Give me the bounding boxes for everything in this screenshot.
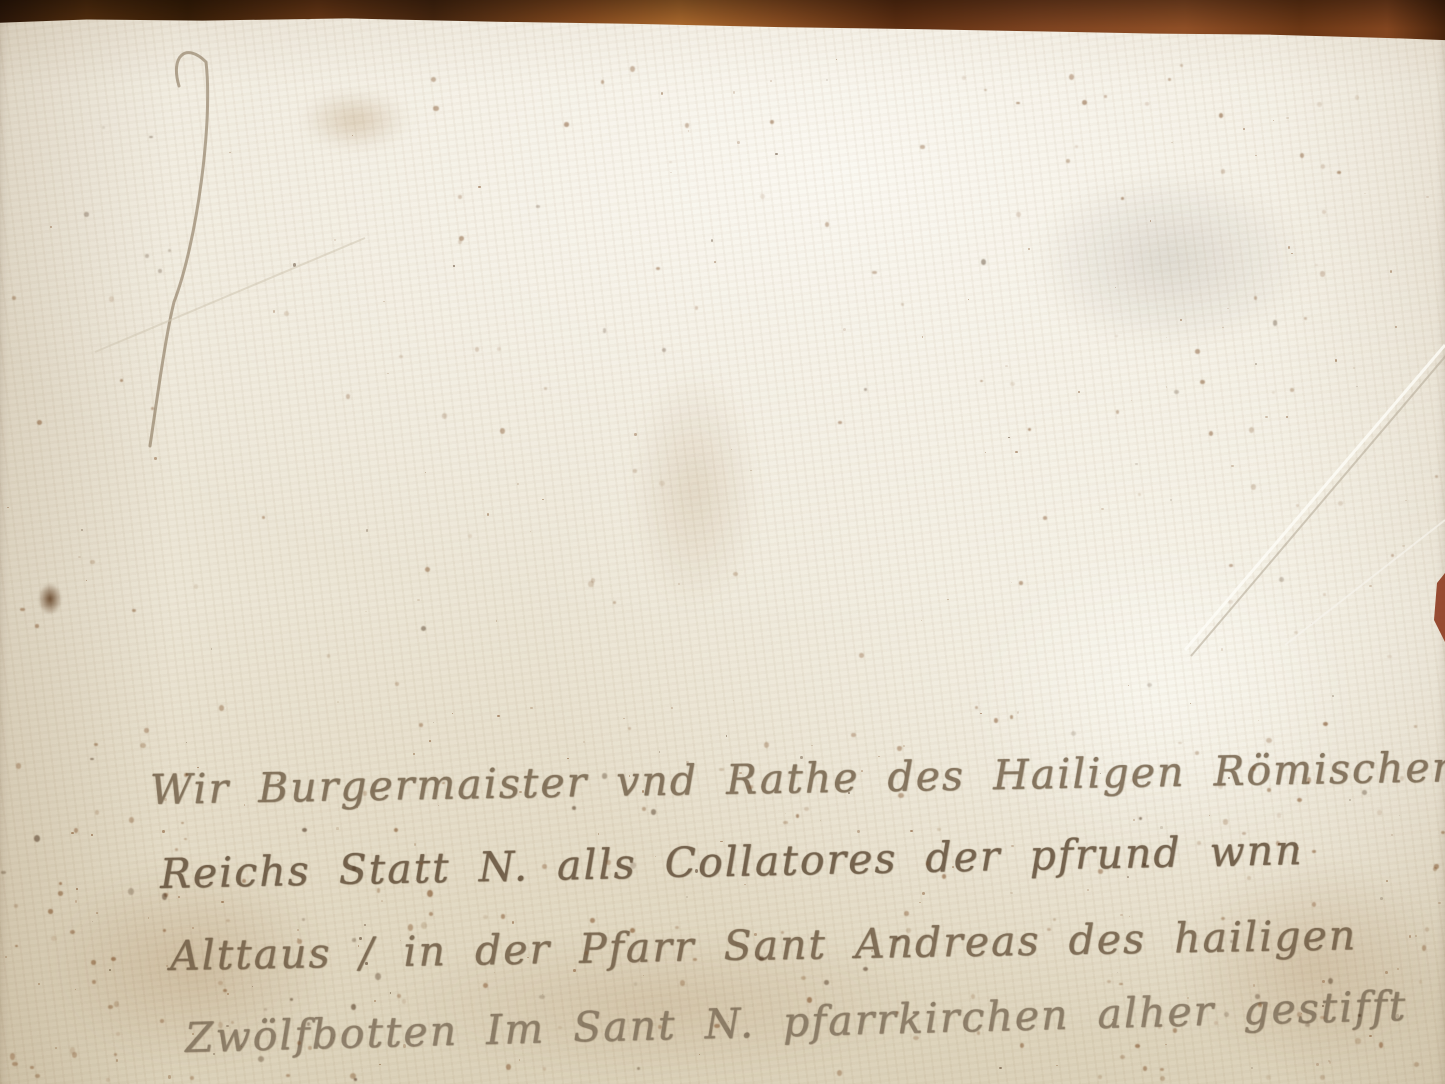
foxing-spot (1335, 359, 1338, 362)
foxing-spot (90, 560, 95, 564)
foxing-spot (1435, 475, 1438, 478)
foxing-spot (1228, 777, 1230, 779)
foxing-spot (337, 701, 339, 703)
foxing-spot (1322, 980, 1325, 983)
foxing-spot (364, 924, 366, 926)
foxing-spot (1221, 169, 1225, 174)
foxing-spot (711, 239, 713, 242)
foxing-spot (86, 580, 87, 581)
foxing-spot (84, 212, 88, 217)
foxing-spot (94, 743, 98, 746)
foxing-spot (5, 956, 7, 958)
foxing-spot (530, 707, 533, 710)
foxing-spot (1209, 431, 1213, 436)
foxing-spot (375, 973, 381, 980)
foxing-spot (433, 722, 434, 723)
foxing-spot (1273, 120, 1274, 121)
foxing-spot (1399, 815, 1400, 816)
foxing-spot (687, 940, 688, 941)
foxing-spot (226, 1025, 229, 1027)
foxing-spot (1117, 972, 1118, 973)
foxing-spot (1320, 1016, 1325, 1020)
foxing-spot (501, 914, 506, 919)
foxing-spot (1323, 593, 1326, 595)
foxing-spot (7, 507, 9, 509)
foxing-spot (1305, 1023, 1310, 1027)
foxing-spot (872, 271, 877, 275)
foxing-spot (952, 866, 954, 868)
foxing-spot (1043, 516, 1048, 521)
foxing-spot (1265, 416, 1268, 418)
foxing-spot (1135, 463, 1138, 466)
foxing-spot (630, 862, 636, 869)
foxing-spot (1362, 790, 1367, 795)
foxing-spot (1104, 95, 1107, 97)
foxing-spot (290, 998, 294, 1001)
foxing-spot (1230, 940, 1233, 944)
foxing-spot (109, 296, 114, 302)
foxing-spot (1369, 1035, 1371, 1037)
foxing-spot (921, 620, 922, 621)
foxing-spot (346, 394, 350, 399)
foxing-spot (1297, 1012, 1302, 1017)
foxing-spot (1337, 171, 1341, 175)
foxing-spot (1135, 1044, 1140, 1048)
foxing-spot (863, 967, 868, 971)
foxing-spot (783, 821, 787, 824)
foxing-spot (564, 122, 569, 127)
foxing-spot (512, 921, 514, 924)
stain (400, 930, 920, 1080)
foxing-spot (350, 1073, 356, 1079)
foxing-spot (898, 793, 904, 798)
foxing-spot (1130, 779, 1134, 782)
foxing-spot (1180, 64, 1184, 67)
foxing-spot (164, 893, 167, 897)
foxing-spot (1008, 437, 1009, 438)
foxing-spot (1139, 817, 1142, 820)
foxing-spot (1116, 410, 1119, 414)
foxing-spot (651, 809, 656, 815)
foxing-spot (904, 911, 909, 917)
foxing-spot (114, 1053, 117, 1056)
foxing-spot (494, 972, 495, 974)
foxing-spot (1047, 928, 1050, 932)
foxing-spot (591, 578, 595, 583)
foxing-spot (1358, 1014, 1361, 1017)
foxing-spot (1312, 850, 1316, 854)
foxing-spot (431, 77, 436, 82)
foxing-spot (55, 1047, 57, 1049)
foxing-spot (297, 929, 299, 931)
foxing-spot (1322, 1005, 1324, 1007)
foxing-spot (1115, 287, 1116, 288)
foxing-spot (204, 866, 208, 869)
foxing-spot (223, 989, 227, 992)
foxing-spot (10, 1053, 15, 1059)
foxing-spot (258, 1056, 264, 1062)
foxing-spot (334, 239, 336, 241)
foxing-spot (922, 336, 924, 338)
foxing-spot (719, 768, 723, 772)
foxing-spot (1020, 1043, 1024, 1048)
foxing-spot (442, 782, 445, 784)
foxing-spot (1251, 484, 1256, 490)
paper-sheet: Wir Burgermaister vnd Rathe des Hailigen… (0, 0, 1445, 1084)
foxing-spot (468, 534, 472, 538)
foxing-spot (38, 983, 40, 986)
foxing-spot (1422, 945, 1427, 951)
foxing-spot (1180, 319, 1182, 322)
stain (50, 860, 330, 1070)
foxing-spot (731, 449, 732, 450)
foxing-spot (910, 830, 913, 832)
foxing-spot (861, 770, 863, 772)
foxing-spot (1138, 493, 1142, 497)
foxing-spot (843, 328, 846, 331)
foxing-spot (994, 718, 998, 722)
foxing-spot (458, 240, 462, 244)
foxing-spot (1273, 320, 1278, 326)
foxing-spot (1120, 914, 1123, 916)
foxing-spot (878, 756, 880, 758)
foxing-spot (1439, 629, 1441, 631)
foxing-spot (642, 790, 645, 793)
foxing-spot (307, 1022, 311, 1026)
foxing-spot (517, 483, 519, 485)
foxing-spot (1433, 867, 1437, 872)
foxing-spot (12, 296, 16, 300)
foxing-spot (433, 106, 438, 112)
foxing-spot (1010, 715, 1014, 719)
foxing-spot (1279, 577, 1284, 582)
foxing-spot (116, 1032, 121, 1036)
foxing-spot (186, 742, 187, 743)
foxing-spot (1160, 1068, 1164, 1071)
foxing-spot (1197, 841, 1201, 844)
foxing-spot (775, 153, 778, 156)
foxing-spot (1160, 826, 1162, 829)
foxing-spot (475, 347, 479, 352)
foxing-spot (922, 892, 925, 895)
foxing-spot (796, 814, 799, 818)
foxing-spot (1255, 363, 1257, 365)
foxing-spot (453, 265, 455, 267)
foxing-spot (1338, 766, 1341, 769)
foxing-spot (606, 860, 610, 865)
foxing-spot (399, 355, 403, 359)
foxing-spot (642, 807, 646, 811)
foxing-spot (1385, 971, 1388, 975)
foxing-spot (1011, 582, 1012, 583)
foxing-spot (1190, 703, 1191, 704)
foxing-spot (634, 433, 637, 436)
foxing-spot (634, 982, 637, 986)
foxing-spot (218, 1022, 223, 1029)
foxing-spot (968, 299, 969, 301)
foxing-spot (1028, 428, 1032, 432)
foxing-spot (394, 828, 398, 832)
foxing-spot (181, 822, 184, 825)
foxing-spot (175, 848, 178, 851)
foxing-spot (785, 813, 787, 814)
foxing-spot (158, 269, 162, 273)
foxing-spot (1200, 380, 1204, 385)
foxing-spot (906, 928, 911, 933)
foxing-spot (1355, 1038, 1361, 1043)
foxing-spot (297, 939, 302, 944)
foxing-spot (438, 805, 439, 806)
foxing-spot (693, 958, 697, 962)
foxing-spot (1391, 834, 1393, 836)
foxing-spot (1441, 831, 1445, 834)
foxing-spot (59, 882, 62, 885)
foxing-spot (1098, 869, 1104, 874)
foxing-spot (15, 945, 18, 948)
foxing-spot (284, 311, 289, 317)
foxing-spot (1195, 751, 1199, 755)
foxing-spot (1107, 980, 1112, 983)
foxing-spot (365, 611, 367, 612)
foxing-spot (1221, 917, 1225, 920)
foxing-spot (1228, 600, 1233, 604)
foxing-spot (1219, 113, 1223, 118)
foxing-spot (164, 798, 167, 801)
foxing-spot (661, 92, 664, 95)
foxing-spot (864, 388, 868, 391)
foxing-spot (1129, 916, 1130, 917)
foxing-spot (1127, 876, 1129, 878)
foxing-spot (1251, 1067, 1253, 1070)
foxing-spot (686, 896, 689, 899)
foxing-spot (975, 706, 978, 709)
foxing-spot (1419, 980, 1423, 984)
foxing-spot (327, 654, 330, 658)
foxing-spot (897, 746, 902, 751)
foxing-spot (658, 1025, 662, 1029)
foxing-spot (1296, 504, 1299, 507)
foxing-spot (1143, 1066, 1148, 1071)
foxing-spot (1402, 545, 1405, 547)
foxing-spot (352, 866, 356, 871)
foxing-spot (496, 620, 498, 622)
foxing-spot (1328, 978, 1333, 984)
foxing-spot (363, 791, 368, 796)
foxing-spot (1316, 1063, 1319, 1066)
foxing-spot (108, 1005, 113, 1009)
foxing-spot (365, 962, 368, 965)
foxing-spot (871, 950, 873, 952)
foxing-spot (75, 989, 76, 990)
foxing-spot (933, 780, 934, 781)
foxing-spot (1028, 248, 1030, 249)
foxing-spot (937, 828, 941, 831)
foxing-spot (984, 89, 987, 92)
foxing-spot (194, 584, 198, 589)
foxing-spot (1209, 815, 1211, 817)
foxing-spot (962, 76, 967, 80)
foxing-spot (1291, 253, 1293, 255)
foxing-spot (1328, 1060, 1330, 1062)
foxing-spot (573, 969, 576, 972)
foxing-spot (16, 763, 22, 769)
foxing-spot (354, 1078, 358, 1081)
foxing-spot (1056, 1065, 1058, 1066)
foxing-spot (1405, 500, 1407, 502)
foxing-spot (231, 1021, 235, 1024)
foxing-spot (1075, 145, 1079, 148)
foxing-spot (91, 960, 97, 965)
foxing-spot (149, 136, 152, 139)
foxing-spot (601, 80, 604, 84)
foxing-spot (374, 1000, 376, 1003)
foxing-spot (1195, 349, 1200, 355)
foxing-spot (1101, 508, 1104, 510)
foxing-spot (800, 756, 803, 759)
foxing-spot (128, 888, 134, 895)
foxing-spot (1386, 880, 1388, 882)
foxing-spot (163, 929, 166, 932)
foxing-spot (1377, 810, 1381, 815)
foxing-spot (1171, 142, 1172, 143)
foxing-spot (825, 222, 829, 227)
foxing-spot (527, 957, 528, 959)
foxing-spot (483, 983, 489, 989)
foxing-spot (408, 924, 413, 931)
foxing-spot (1414, 1062, 1420, 1068)
foxing-spot (1426, 196, 1429, 199)
foxing-spot (1312, 902, 1316, 907)
foxing-spot (1115, 335, 1118, 337)
foxing-spot (70, 1047, 76, 1054)
foxing-spot (971, 994, 976, 1000)
foxing-spot (1069, 74, 1074, 80)
foxing-spot (1016, 102, 1020, 105)
foxing-spot (162, 830, 165, 834)
foxing-spot (1131, 400, 1132, 401)
foxing-spot (726, 735, 728, 737)
foxing-spot (1249, 427, 1254, 433)
foxing-spot (218, 981, 222, 985)
foxing-spot (1301, 1013, 1302, 1014)
foxing-spot (728, 1021, 729, 1022)
foxing-spot (1311, 623, 1312, 624)
foxing-spot (37, 420, 42, 425)
foxing-spot (106, 1078, 110, 1082)
foxing-spot (1409, 935, 1411, 938)
foxing-spot (656, 267, 660, 270)
foxing-spot (1066, 159, 1071, 163)
foxing-spot (96, 912, 98, 914)
foxing-spot (1053, 918, 1056, 921)
foxing-spot (542, 499, 544, 501)
foxing-spot (414, 843, 416, 846)
foxing-spot (826, 79, 828, 81)
foxing-spot (1258, 1003, 1262, 1007)
foxing-spot (1121, 197, 1124, 199)
foxing-spot (1112, 1019, 1114, 1020)
foxing-spot (48, 909, 54, 914)
foxing-spot (1323, 722, 1328, 727)
foxing-spot (542, 864, 547, 869)
foxing-spot (567, 758, 569, 760)
foxing-spot (1349, 799, 1351, 801)
foxing-spot (1133, 819, 1136, 821)
foxing-spot (1321, 164, 1326, 170)
foxing-spot (744, 884, 746, 886)
foxing-spot (807, 997, 812, 1003)
foxing-spot (383, 301, 384, 302)
manuscript-line-1: Wir Burgermaister vnd Rathe des Hailigen… (150, 743, 1445, 814)
foxing-spot (211, 648, 213, 650)
foxing-spot (219, 705, 224, 711)
foxing-spot (421, 922, 427, 929)
foxing-spot (630, 928, 636, 934)
foxing-spot (1395, 326, 1398, 328)
foxing-spot (1307, 777, 1312, 783)
foxing-spot (1087, 889, 1089, 891)
foxing-spot (859, 653, 864, 658)
stain (300, 90, 410, 150)
foxing-spot (542, 994, 544, 996)
foxing-spot (192, 927, 194, 929)
foxing-spot (903, 745, 906, 747)
foxing-spot (836, 59, 837, 60)
foxing-spot (539, 995, 545, 999)
foxing-spot (530, 531, 531, 532)
foxing-spot (1100, 773, 1101, 774)
stain (1180, 860, 1440, 1070)
foxing-spot (442, 413, 447, 418)
foxing-spot (178, 896, 181, 898)
foxing-spot (120, 379, 124, 382)
foxing-spot (688, 130, 689, 132)
foxing-spot (1174, 390, 1178, 394)
foxing-spot (1356, 386, 1358, 388)
foxing-spot (543, 1067, 547, 1072)
foxing-spot (1173, 1028, 1177, 1033)
foxing-spot (168, 249, 171, 252)
foxing-spot (764, 742, 769, 748)
foxing-spot (1165, 1044, 1167, 1046)
foxing-spot (34, 835, 40, 842)
foxing-spot (497, 715, 500, 717)
foxing-spot (90, 758, 94, 761)
foxing-spot (926, 861, 930, 866)
foxing-spot (1414, 725, 1418, 729)
foxing-spot (1019, 581, 1022, 585)
foxing-spot (1145, 102, 1150, 106)
foxing-spot (1286, 117, 1289, 120)
foxing-spot (637, 1067, 641, 1071)
foxing-spot (1119, 983, 1123, 986)
foxing-spot (820, 820, 821, 821)
foxing-spot (1166, 337, 1168, 338)
foxing-spot (400, 940, 401, 941)
foxing-spot (1300, 153, 1304, 158)
foxing-spot (1255, 155, 1257, 157)
foxing-spot (781, 931, 785, 935)
foxing-spot (695, 869, 698, 873)
foxing-spot (302, 828, 307, 832)
foxing-spot (221, 901, 224, 904)
foxing-spot (1017, 711, 1019, 714)
foxing-spot (109, 969, 111, 971)
foxing-spot (629, 775, 631, 776)
foxing-spot (985, 452, 987, 453)
foxing-spot (1294, 631, 1299, 635)
foxing-spot (1355, 95, 1359, 100)
